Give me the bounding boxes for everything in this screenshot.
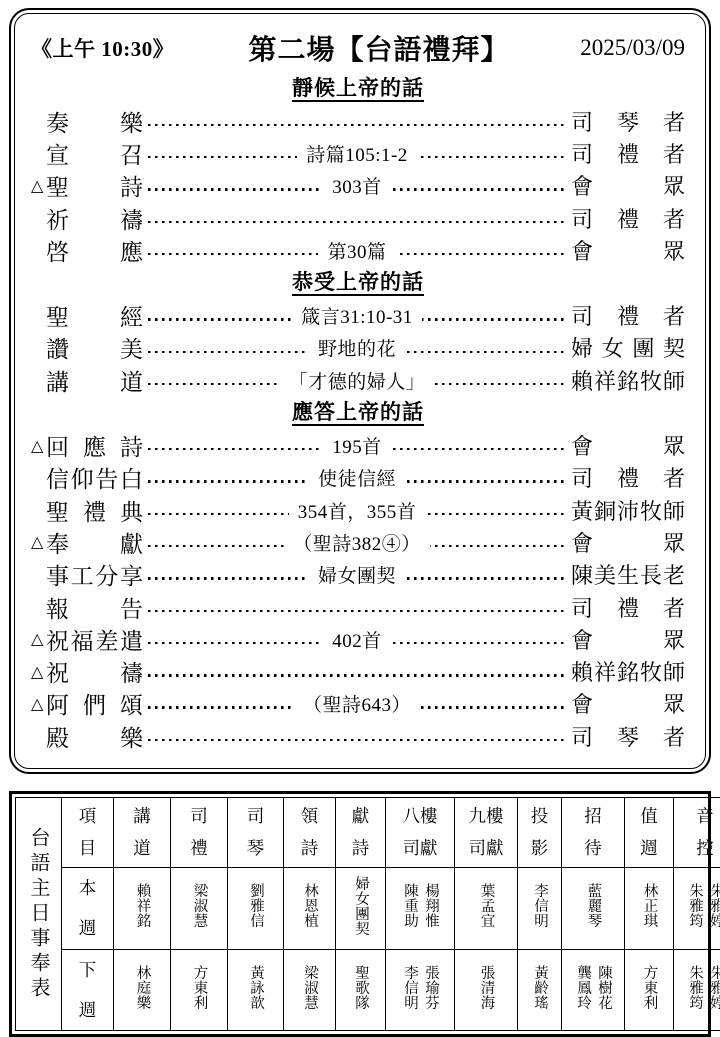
program-row: △ 回應詩 195首 會眾	[31, 429, 685, 461]
duty-cell: 林恩植	[284, 868, 336, 950]
duty-cell: 張瑜芬 李信明	[386, 949, 455, 1031]
program-item-label: 講道	[46, 364, 143, 397]
duty-column-header: 音 控	[674, 798, 720, 868]
duty-cell: 李信明	[518, 868, 562, 950]
program-box-inner: 《上午 10:30》 第二場【台語禮拜】 2025/03/09 靜候上帝的話 奏…	[14, 13, 706, 769]
duty-column-header: 投 影	[518, 798, 562, 868]
program-assignee: 婦女團契	[571, 332, 685, 363]
duty-row: 本 週賴祥銘梁淑慧劉雅信林恩植婦女團契楊翔惟 陳重助葉孟宜李信明藍麗琴林正琪朱雅…	[16, 868, 720, 950]
dotted-leader	[145, 105, 569, 137]
program-row: 聖禮典 354首，355首 黃銅沛牧師	[31, 494, 685, 526]
duty-header-row: 台語主日事奉表 項 目講 道司 禮司 琴領 詩獻 詩八樓 司獻九樓 司獻投 影招…	[16, 798, 720, 868]
duty-cell-names: 林庭樂	[131, 965, 152, 1010]
dotted-leader: 使徒信經	[145, 462, 569, 494]
duty-cell: 藍麗琴	[562, 868, 625, 950]
program-assignee: 陳美生長老	[571, 559, 685, 590]
duty-column-header: 八樓 司獻	[386, 798, 455, 868]
duty-cell: 婦女團契	[336, 868, 386, 950]
program-row: 報告 司禮者	[31, 591, 685, 623]
program-center-text: 詩篇105:1-2	[297, 140, 417, 167]
program-assignee: 司琴者	[571, 106, 685, 137]
program-row: 讚美 野地的花 婦女團契	[31, 332, 685, 364]
program-header: 《上午 10:30》 第二場【台語禮拜】 2025/03/09	[31, 26, 685, 70]
duty-column-header: 項 目	[62, 798, 114, 868]
dotted-leader	[145, 655, 569, 687]
program-row: 奏樂 司琴者	[31, 105, 685, 137]
program-assignee: 司禮者	[571, 300, 685, 331]
program-assignee: 司禮者	[571, 462, 685, 493]
program-center-text: 箴言31:10-31	[292, 302, 422, 329]
program-assignee: 司禮者	[571, 138, 685, 169]
program-assignee: 會眾	[571, 624, 685, 655]
stand-triangle-mark: △	[31, 662, 46, 682]
section-heading: 靜候上帝的話	[31, 72, 685, 105]
program-row: 信仰告白 使徒信經 司禮者	[31, 462, 685, 494]
program-center-text: 195首	[323, 432, 391, 459]
program-center-text: 「才德的婦人」	[280, 367, 435, 394]
program-assignee: 黃銅沛牧師	[571, 495, 685, 526]
duty-row-label: 本 週	[62, 868, 114, 950]
program-assignee: 賴祥銘牧師	[571, 656, 685, 687]
section-heading: 恭受上帝的話	[31, 266, 685, 299]
duty-column-header: 值 週	[625, 798, 674, 868]
duty-cell-names: 方東利	[188, 965, 209, 1010]
duty-cell: 梁淑慧	[171, 868, 228, 950]
program-row: 講道 「才德的婦人」 賴祥銘牧師	[31, 364, 685, 396]
duty-cell-names: 黃詠歆	[245, 965, 266, 1010]
program-assignee: 會眾	[571, 170, 685, 201]
program-item-label: 祈禱	[46, 202, 143, 235]
program-item-label: 報告	[46, 591, 143, 624]
duty-table-body: 台語主日事奉表 項 目講 道司 禮司 琴領 詩獻 詩八樓 司獻九樓 司獻投 影招…	[16, 798, 720, 1031]
program-center-text: 303首	[323, 172, 391, 199]
program-item-label: 祝禱	[46, 655, 143, 688]
program-center-text: （聖詩643）	[294, 690, 420, 717]
program-assignee: 司禮者	[571, 592, 685, 623]
program-item-label: 事工分享	[46, 558, 143, 591]
duty-cell: 黃詠歆	[228, 949, 284, 1031]
dotted-leader: 「才德的婦人」	[145, 364, 569, 396]
program-assignee: 會眾	[571, 235, 685, 266]
duty-cell: 張清海	[455, 949, 518, 1031]
program-assignee: 賴祥銘牧師	[571, 365, 685, 396]
duty-cell: 朱雅婷 朱雅筠	[674, 949, 720, 1031]
program-item-label: 信仰告白	[46, 461, 143, 494]
dotted-leader: （聖詩382④）	[145, 526, 569, 558]
program-box: 《上午 10:30》 第二場【台語禮拜】 2025/03/09 靜候上帝的話 奏…	[9, 8, 711, 774]
stand-triangle-mark: △	[31, 176, 46, 196]
dotted-leader: 354首，355首	[145, 494, 569, 526]
duty-row-label: 下 週	[62, 949, 114, 1031]
duty-cell-names: 林正琪	[638, 883, 659, 928]
stand-triangle-mark: △	[31, 629, 46, 649]
duty-cell-names: 朱雅婷 朱雅筠	[684, 883, 720, 928]
program-center-text: （聖詩382④）	[284, 529, 430, 556]
program-center-text: 野地的花	[309, 334, 405, 361]
program-assignee: 會眾	[571, 527, 685, 558]
duty-cell: 陳樹花 龔鳳玲	[562, 949, 625, 1031]
program-item-label: 聖禮典	[46, 494, 143, 527]
dotted-leader	[145, 202, 569, 234]
program-item-label: 奏樂	[46, 105, 143, 138]
program-center-text: 第30篇	[318, 237, 395, 264]
program-item-label: 殿樂	[46, 720, 143, 753]
program-body: 靜候上帝的話 奏樂 司琴者 宣召 詩篇105:1-2 司禮者 △ 聖詩 303首…	[31, 72, 685, 752]
duty-column-header: 領 詩	[284, 798, 336, 868]
dotted-leader: 婦女團契	[145, 559, 569, 591]
service-date: 2025/03/09	[557, 35, 685, 61]
duty-cell: 林庭樂	[114, 949, 171, 1031]
duty-cell: 黃齡瑤	[518, 949, 562, 1031]
dotted-leader: 303首	[145, 170, 569, 202]
duty-cell-names: 梁淑慧	[299, 965, 320, 1010]
dotted-leader: 詩篇105:1-2	[145, 137, 569, 169]
duty-cell-names: 藍麗琴	[582, 883, 603, 928]
duty-cell: 楊翔惟 陳重助	[386, 868, 455, 950]
program-row: △ 阿們頌 （聖詩643） 會眾	[31, 688, 685, 720]
duty-cell-names: 葉孟宜	[475, 883, 496, 928]
duty-cell-names: 陳樹花 龔鳳玲	[572, 965, 614, 1010]
service-title: 第二場【台語禮拜】	[201, 28, 557, 68]
duty-cell-names: 方東利	[638, 965, 659, 1010]
program-row: 宣召 詩篇105:1-2 司禮者	[31, 137, 685, 169]
duty-cell-names: 黃齡瑤	[529, 965, 550, 1010]
duty-cell-names: 張清海	[475, 965, 496, 1010]
duty-cell: 朱雅婷 朱雅筠	[674, 868, 720, 950]
dotted-leader: 箴言31:10-31	[145, 299, 569, 331]
duty-cell-names: 李信明	[529, 883, 550, 928]
program-row: 聖經 箴言31:10-31 司禮者	[31, 299, 685, 331]
duty-cell-names: 張瑜芬 李信明	[399, 965, 441, 1010]
dotted-leader: 195首	[145, 429, 569, 461]
duty-table-frame: 台語主日事奉表 項 目講 道司 禮司 琴領 詩獻 詩八樓 司獻九樓 司獻投 影招…	[9, 791, 711, 1037]
duty-cell-names: 楊翔惟 陳重助	[399, 883, 441, 928]
dotted-leader	[145, 591, 569, 623]
program-center-text: 婦女團契	[309, 561, 405, 588]
program-row: 祈禱 司禮者	[31, 202, 685, 234]
dotted-leader: 野地的花	[145, 332, 569, 364]
program-item-label: 阿們頌	[46, 687, 143, 720]
program-item-label: 祝福差遣	[46, 623, 143, 656]
stand-triangle-mark: △	[31, 436, 46, 456]
stand-triangle-mark: △	[31, 532, 46, 552]
program-item-label: 奉獻	[46, 526, 143, 559]
program-row: △ 聖詩 303首 會眾	[31, 170, 685, 202]
duty-cell-names: 婦女團契	[350, 876, 371, 936]
program-row: 啓應 第30篇 會眾	[31, 234, 685, 266]
duty-cell: 方東利	[625, 949, 674, 1031]
dotted-leader: 402首	[145, 623, 569, 655]
duty-cell-names: 梁淑慧	[188, 883, 209, 928]
duty-cell: 林正琪	[625, 868, 674, 950]
duty-cell: 聖歌隊	[336, 949, 386, 1031]
duty-column-header: 九樓 司獻	[455, 798, 518, 868]
program-row: △ 祝禱 賴祥銘牧師	[31, 655, 685, 687]
duty-cell: 劉雅信	[228, 868, 284, 950]
program-assignee: 會眾	[571, 688, 685, 719]
program-row: △ 奉獻 （聖詩382④） 會眾	[31, 526, 685, 558]
duty-side-title: 台語主日事奉表	[16, 798, 62, 1031]
duty-table: 台語主日事奉表 項 目講 道司 禮司 琴領 詩獻 詩八樓 司獻九樓 司獻投 影招…	[15, 797, 720, 1031]
duty-column-header: 獻 詩	[336, 798, 386, 868]
duty-column-header: 司 禮	[171, 798, 228, 868]
duty-cell-names: 林恩植	[299, 883, 320, 928]
dotted-leader: 第30篇	[145, 234, 569, 266]
duty-column-header: 司 琴	[228, 798, 284, 868]
duty-column-header: 招 待	[562, 798, 625, 868]
duty-cell: 賴祥銘	[114, 868, 171, 950]
program-item-label: 回應詩	[46, 429, 143, 462]
program-row: 事工分享 婦女團契 陳美生長老	[31, 559, 685, 591]
program-center-text: 402首	[323, 626, 391, 653]
stand-triangle-mark: △	[31, 694, 46, 714]
program-item-label: 聖經	[46, 299, 143, 332]
duty-cell: 葉孟宜	[455, 868, 518, 950]
program-center-text: 使徒信經	[309, 464, 405, 491]
dotted-leader: （聖詩643）	[145, 688, 569, 720]
duty-row: 下 週林庭樂方東利黃詠歆梁淑慧聖歌隊張瑜芬 李信明張清海黃齡瑤陳樹花 龔鳳玲方東…	[16, 949, 720, 1031]
program-item-label: 啓應	[46, 234, 143, 267]
program-row: 殿樂 司琴者	[31, 720, 685, 752]
program-item-label: 讚美	[46, 331, 143, 364]
dotted-leader	[145, 720, 569, 752]
duty-cell: 方東利	[171, 949, 228, 1031]
program-assignee: 司琴者	[571, 721, 685, 752]
program-item-label: 聖詩	[46, 169, 143, 202]
duty-column-header: 講 道	[114, 798, 171, 868]
duty-cell-names: 聖歌隊	[350, 965, 371, 1010]
duty-cell-names: 劉雅信	[245, 883, 266, 928]
section-heading: 應答上帝的話	[31, 396, 685, 429]
duty-cell-names: 賴祥銘	[131, 883, 152, 928]
program-row: △ 祝福差遣 402首 會眾	[31, 623, 685, 655]
section-heading-text: 應答上帝的話	[292, 400, 424, 424]
section-heading-text: 靜候上帝的話	[292, 76, 424, 100]
section-heading-text: 恭受上帝的話	[292, 270, 424, 294]
program-assignee: 會眾	[571, 430, 685, 461]
service-time: 《上午 10:30》	[31, 33, 201, 63]
duty-cell: 梁淑慧	[284, 949, 336, 1031]
program-assignee: 司禮者	[571, 203, 685, 234]
program-item-label: 宣召	[46, 137, 143, 170]
program-center-text: 354首，355首	[289, 497, 426, 524]
duty-cell-names: 朱雅婷 朱雅筠	[684, 965, 720, 1010]
